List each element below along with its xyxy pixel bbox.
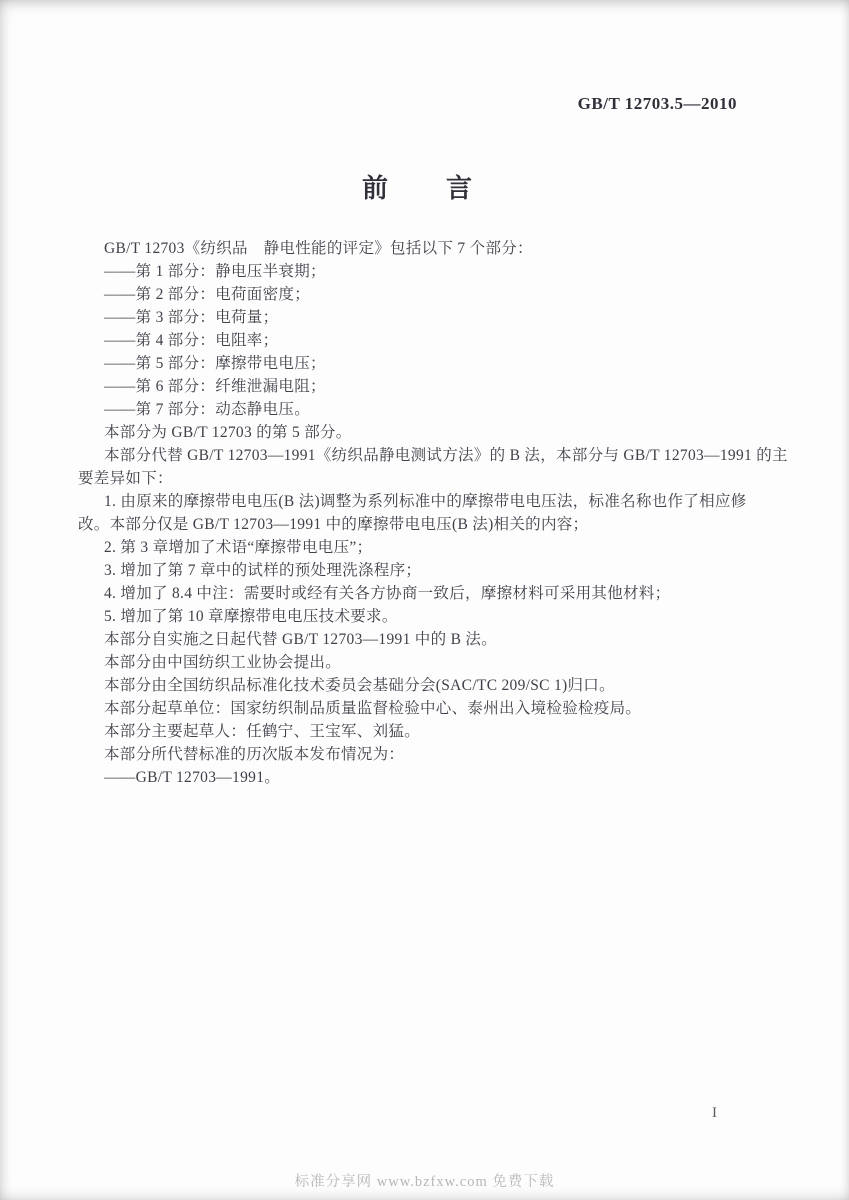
- body-line: 2. 第 3 章增加了术语“摩擦带电电压”；: [78, 536, 778, 559]
- body-line: ——GB/T 12703—1991。: [78, 766, 778, 789]
- page-title: 前 言: [78, 168, 758, 205]
- body-line: 4. 增加了 8.4 中注：需要时或经有关各方协商一致后，摩擦材料可采用其他材料…: [78, 582, 778, 605]
- body-line: GB/T 12703《纺织品 静电性能的评定》包括以下 7 个部分：: [78, 237, 778, 260]
- body-line: 要差异如下：: [78, 467, 778, 490]
- body-line: 1. 由原来的摩擦带电电压(B 法)调整为系列标准中的摩擦带电电压法，标准名称也…: [78, 490, 778, 513]
- body-line: 本部分起草单位：国家纺织制品质量监督检验中心、泰州出入境检验检疫局。: [78, 697, 778, 720]
- body-line: 本部分为 GB/T 12703 的第 5 部分。: [78, 421, 778, 444]
- body-line: ——第 3 部分：电荷量；: [78, 306, 778, 329]
- body-line: 改。本部分仅是 GB/T 12703—1991 中的摩擦带电电压(B 法)相关的…: [78, 513, 778, 536]
- body-line: 本部分自实施之日起代替 GB/T 12703—1991 中的 B 法。: [78, 628, 778, 651]
- body-line: ——第 2 部分：电荷面密度；: [78, 283, 778, 306]
- watermark: 标准分享网 www.bzfxw.com 免费下载: [0, 1170, 849, 1191]
- body-line: ——第 6 部分：纤维泄漏电阻；: [78, 375, 778, 398]
- foreword-body: GB/T 12703《纺织品 静电性能的评定》包括以下 7 个部分： ——第 1…: [78, 237, 778, 789]
- standard-code: GB/T 12703.5—2010: [578, 94, 737, 114]
- body-line: 3. 增加了第 7 章中的试样的预处理洗涤程序；: [78, 559, 778, 582]
- body-line: 本部分主要起草人：任鹤宁、王宝军、刘猛。: [78, 720, 778, 743]
- body-line: 本部分由全国纺织品标准化技术委员会基础分会(SAC/TC 209/SC 1)归口…: [78, 674, 778, 697]
- body-line: ——第 4 部分：电阻率；: [78, 329, 778, 352]
- body-line: 本部分代替 GB/T 12703—1991《纺织品静电测试方法》的 B 法，本部…: [78, 444, 778, 467]
- body-line: ——第 5 部分：摩擦带电电压；: [78, 352, 778, 375]
- body-line: 本部分所代替标准的历次版本发布情况为：: [78, 743, 778, 766]
- body-line: ——第 7 部分：动态静电压。: [78, 398, 778, 421]
- body-line: 本部分由中国纺织工业协会提出。: [78, 651, 778, 674]
- body-line: ——第 1 部分：静电压半衰期；: [78, 260, 778, 283]
- body-line: 5. 增加了第 10 章摩擦带电电压技术要求。: [78, 605, 778, 628]
- page-number: I: [712, 1105, 717, 1122]
- document-page: GB/T 12703.5—2010 前 言 GB/T 12703《纺织品 静电性…: [0, 0, 849, 1200]
